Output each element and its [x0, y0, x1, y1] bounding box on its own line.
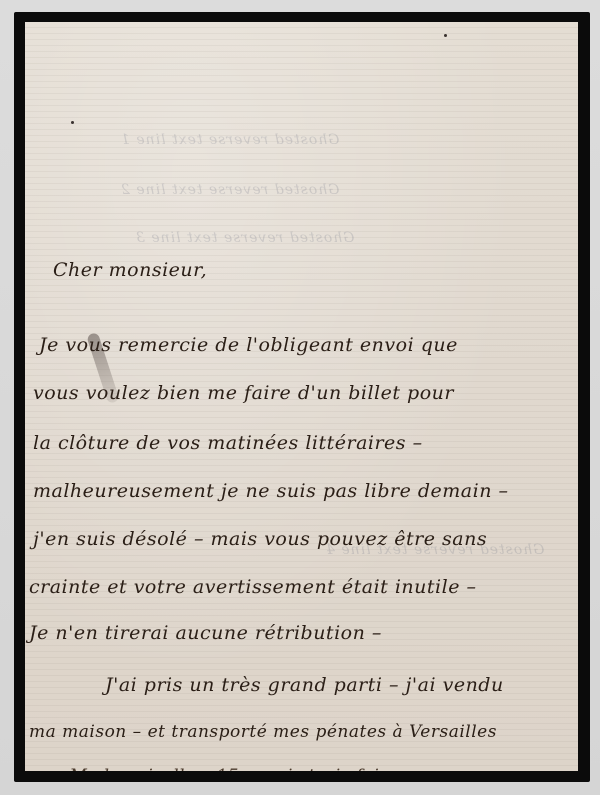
paper-speck: [71, 121, 74, 124]
show-through-text: Ghosted reverse text line 3: [135, 230, 354, 246]
letter-line: j'en suis désolé – mais vous pouvez être…: [33, 528, 487, 550]
show-through-text: Ghosted reverse text line 2: [120, 182, 339, 198]
letter-line: la clôture de vos matinées littéraires –: [33, 432, 423, 454]
letter-line: ma maison – et transporté mes pénates à …: [29, 722, 497, 742]
letter-line: Je n'en tirerai aucune rétribution –: [29, 622, 382, 644]
letter-paper: Ghosted reverse text line 1 Ghosted reve…: [25, 22, 578, 771]
letter-line: vous voulez bien me faire d'un billet po…: [33, 382, 454, 404]
letter-line: crainte et votre avertissement était inu…: [29, 576, 476, 598]
salutation: Cher monsieur,: [53, 259, 207, 281]
letter-line: Je vous remercie de l'obligeant envoi qu…: [39, 334, 458, 356]
show-through-text: Ghosted reverse text line 1: [120, 132, 339, 148]
letter-line: rue Mademoiselle – 15 – mais trois fois …: [33, 766, 425, 771]
letter-line: J'ai pris un très grand parti – j'ai ven…: [105, 674, 504, 696]
letter-line: malheureusement je ne suis pas libre dem…: [33, 480, 509, 502]
paper-speck: [444, 34, 447, 37]
